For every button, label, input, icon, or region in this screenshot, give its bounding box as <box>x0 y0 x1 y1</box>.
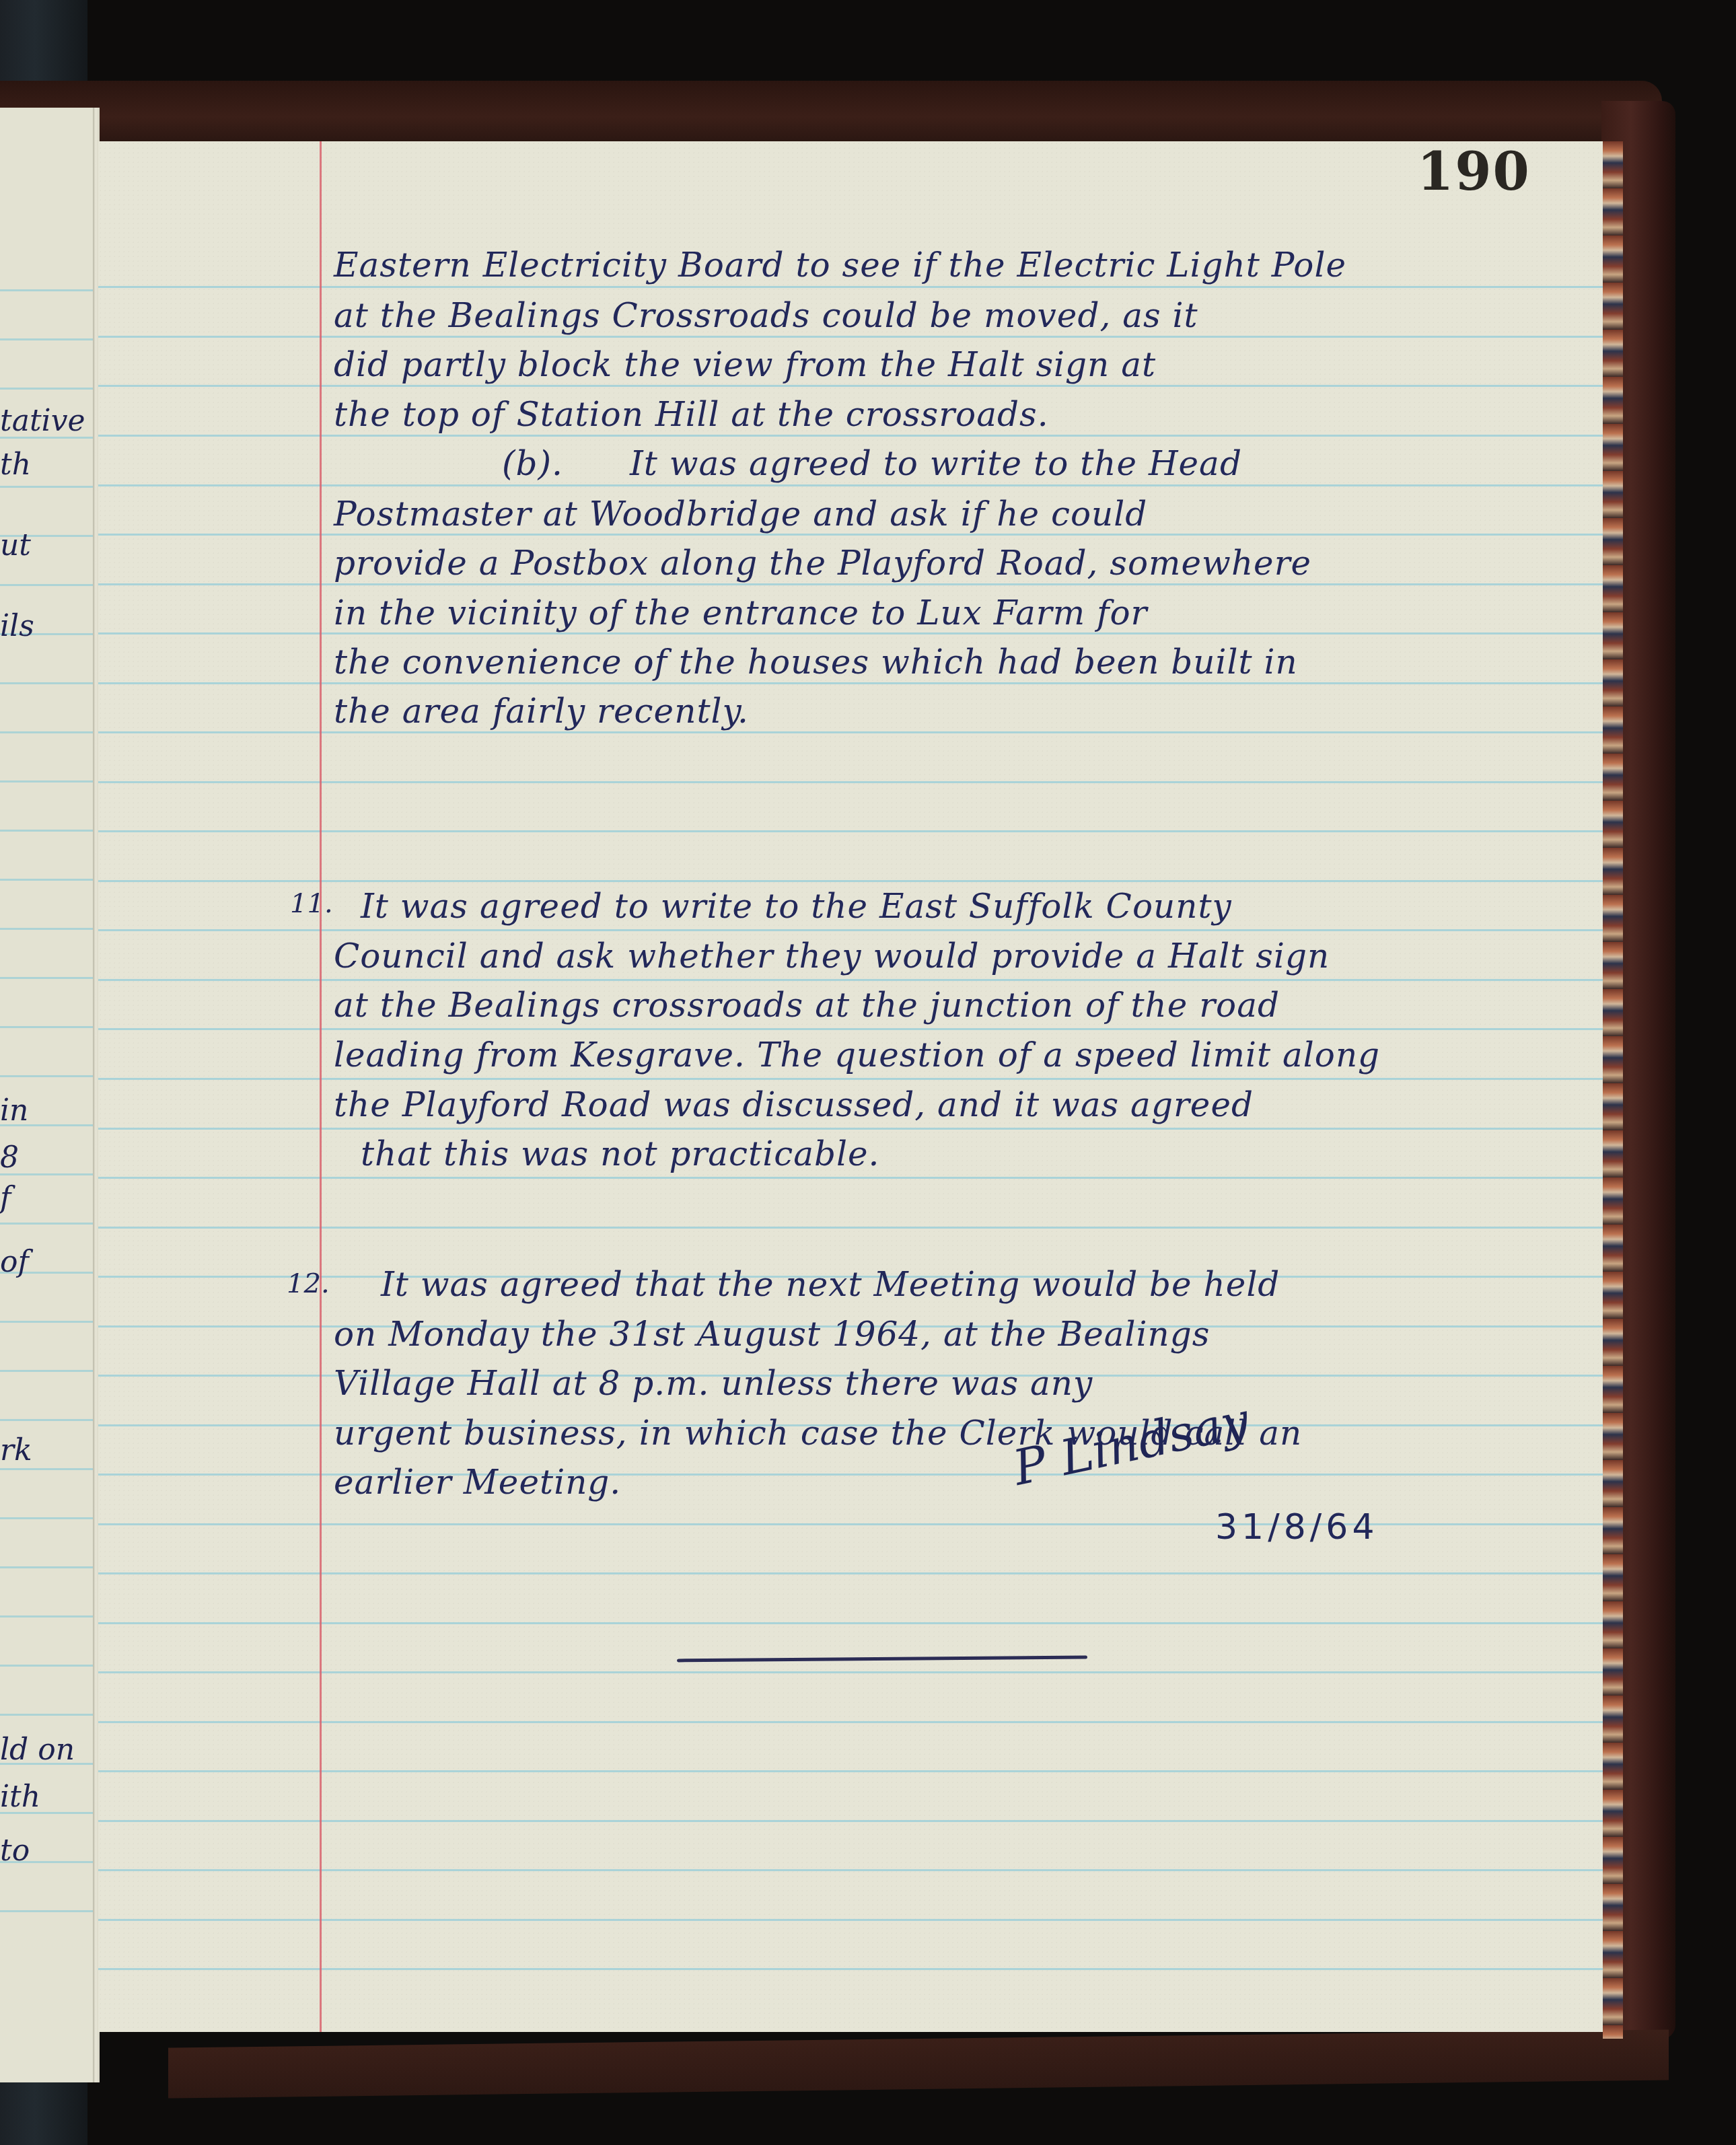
ruled-line <box>0 1026 94 1028</box>
left-page-fragment: ut <box>0 528 31 562</box>
handwritten-line: did partly block the view from the Halt … <box>334 345 1156 384</box>
ruled-line <box>98 830 1603 832</box>
left-page-strip: tative th ut ils in 8 f of rk ld on ith … <box>0 108 96 2082</box>
ruled-line <box>98 484 1603 486</box>
left-page-fragment: f <box>0 1181 11 1215</box>
ruled-line <box>0 928 94 930</box>
ruled-line <box>0 1468 94 1470</box>
left-page-fragment: rk <box>0 1433 32 1467</box>
signature-date: 31/8/64 <box>1215 1507 1378 1548</box>
handwritten-line: at the Bealings Crossroads could be move… <box>334 296 1198 335</box>
ruled-line <box>0 1370 94 1372</box>
ruled-line <box>0 388 94 390</box>
handwritten-line: Eastern Electricity Board to see if the … <box>334 246 1346 285</box>
ruled-line <box>98 979 1603 981</box>
ruled-line <box>0 1910 94 1912</box>
chairman-signature: P Lindsay <box>1009 1391 1254 1496</box>
ruled-line <box>0 780 94 783</box>
ruled-line <box>98 583 1603 585</box>
left-page-fragment: to <box>0 1833 30 1868</box>
ruled-line <box>98 385 1603 387</box>
ruled-line <box>0 1566 94 1568</box>
ruled-line <box>0 682 94 684</box>
ruled-line <box>0 1665 94 1667</box>
ruled-line <box>0 731 94 733</box>
ruled-line <box>0 1714 94 1716</box>
ruled-line <box>98 1820 1603 1822</box>
handwritten-line: the convenience of the houses which had … <box>334 643 1298 682</box>
ruled-line <box>0 338 94 340</box>
handwritten-line: Village Hall at 8 p.m. unless there was … <box>334 1364 1093 1403</box>
handwritten-line: the Playford Road was discussed, and it … <box>334 1085 1254 1124</box>
left-page-fragment: of <box>0 1245 29 1279</box>
ruled-line <box>98 1770 1603 1772</box>
ruled-line <box>98 1919 1603 1921</box>
page-number: 190 <box>1417 141 1531 203</box>
marbled-page-edge <box>1603 141 1623 2039</box>
ruled-line <box>98 435 1603 437</box>
handwritten-line: the top of Station Hill at the crossroad… <box>334 395 1049 434</box>
ruled-line <box>0 1223 94 1225</box>
ruled-line <box>98 1968 1603 1970</box>
handwritten-line: Postmaster at Woodbridge and ask if he c… <box>334 495 1147 534</box>
ruled-line <box>98 1721 1603 1723</box>
item-number: 11. <box>290 888 333 919</box>
ruled-line <box>98 286 1603 288</box>
handwritten-line: on Monday the 31st August 1964, at the B… <box>334 1315 1210 1354</box>
handwritten-line: It was agreed that the next Meeting woul… <box>381 1265 1280 1304</box>
ruled-line <box>98 731 1603 733</box>
ruled-line <box>98 1177 1603 1179</box>
ruled-line <box>98 1869 1603 1871</box>
ruled-line <box>98 1078 1603 1080</box>
left-page-fragment: ith <box>0 1780 40 1814</box>
handwritten-line: at the Bealings crossroads at the juncti… <box>334 986 1280 1025</box>
ruled-line <box>0 1075 94 1077</box>
item-label: (b). <box>502 444 563 483</box>
ruled-line <box>98 1474 1603 1476</box>
left-page-fragment: ils <box>0 609 34 643</box>
left-page-fragment: th <box>0 447 31 482</box>
ruled-line <box>0 1615 94 1617</box>
ruled-line <box>0 584 94 586</box>
ruled-line <box>98 929 1603 931</box>
left-page-fragment: ld on <box>0 1733 75 1767</box>
handwritten-line: Council and ask whether they would provi… <box>334 937 1330 976</box>
ruled-line <box>98 1622 1603 1624</box>
handwritten-line: the area fairly recently. <box>334 692 749 731</box>
handwritten-line: leading from Kesgrave. The question of a… <box>334 1035 1380 1075</box>
handwritten-line: in the vicinity of the entrance to Lux F… <box>334 593 1148 632</box>
ruled-line <box>98 1671 1603 1673</box>
ruled-line <box>98 336 1603 338</box>
handwritten-line: that this was not practicable. <box>361 1134 879 1173</box>
ruled-line <box>0 879 94 881</box>
handwritten-line: It was agreed to write to the Head <box>630 444 1242 483</box>
handwritten-line: earlier Meeting. <box>334 1463 621 1502</box>
ruled-line <box>98 1572 1603 1574</box>
ruled-line <box>0 1517 94 1519</box>
left-page-fragment: tative <box>0 404 85 438</box>
notebook-page: 190 Eastern Electricity Board to see if … <box>98 141 1603 2032</box>
ruled-line <box>0 1321 94 1323</box>
ruled-line <box>98 880 1603 882</box>
ruled-line <box>0 1419 94 1421</box>
left-page-fragment: 8 <box>0 1140 19 1175</box>
ruled-line <box>0 830 94 832</box>
ruled-line <box>0 977 94 979</box>
handwritten-line: It was agreed to write to the East Suffo… <box>361 887 1232 926</box>
ruled-line <box>98 534 1603 536</box>
item-number: 12. <box>287 1268 330 1299</box>
ruled-line <box>98 1128 1603 1130</box>
book-cover-bottom-edge <box>168 2029 1669 2098</box>
margin-line <box>320 141 322 2032</box>
book-cover-top-edge <box>0 81 1662 141</box>
ruled-line <box>98 781 1603 783</box>
left-page-fragment: in <box>0 1093 28 1128</box>
end-of-minutes-rule <box>677 1656 1087 1663</box>
handwritten-line: provide a Postbox along the Playford Roa… <box>334 544 1311 583</box>
ruled-line <box>98 632 1603 634</box>
ruled-line <box>98 1227 1603 1229</box>
ruled-line <box>98 1028 1603 1030</box>
ruled-line <box>98 682 1603 684</box>
ruled-line <box>0 486 94 488</box>
ruled-line <box>0 289 94 291</box>
